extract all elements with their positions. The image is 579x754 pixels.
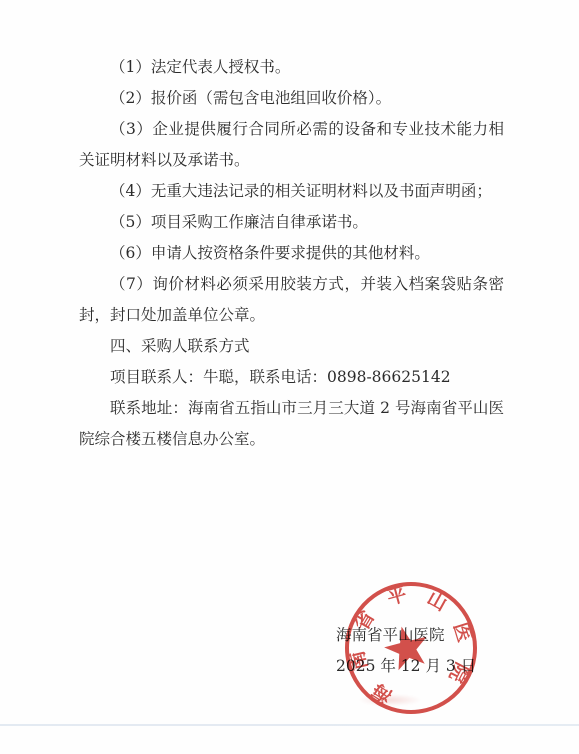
list-item-6: （6）申请人按资格条件要求提供的其他材料。 bbox=[79, 238, 504, 269]
contact-person-line: 项目联系人：牛聪，联系电话：0898-86625142 bbox=[79, 362, 504, 393]
list-item-1: （1）法定代表人授权书。 bbox=[79, 52, 504, 83]
list-item-4: （4）无重大违法记录的相关证明材料以及书面声明函； bbox=[79, 176, 504, 207]
list-item-5: （5）项目采购工作廉洁自律承诺书。 bbox=[79, 207, 504, 238]
scan-fold-artifact bbox=[0, 724, 579, 726]
seal-ink-smudge bbox=[358, 694, 422, 706]
signature-org-name: 海南省平山医院 bbox=[336, 620, 476, 651]
document-body: （1）法定代表人授权书。 （2）报价函（需包含电池组回收价格）。 （3）企业提供… bbox=[79, 52, 504, 455]
signature-block: 海南省平山医院 2025 年 12 月 3 日 bbox=[336, 620, 476, 682]
contact-address-line: 联系地址：海南省五指山市三月三大道 2 号海南省平山医院综合楼五楼信息办公室。 bbox=[79, 393, 504, 455]
list-item-3: （3）企业提供履行合同所必需的设备和专业技术能力相关证明材料以及承诺书。 bbox=[79, 114, 504, 176]
signature-date: 2025 年 12 月 3 日 bbox=[336, 651, 476, 682]
list-item-7: （7）询价材料必须采用胶装方式，并装入档案袋贴条密封，封口处加盖单位公章。 bbox=[79, 269, 504, 331]
scanned-document-page: （1）法定代表人授权书。 （2）报价函（需包含电池组回收价格）。 （3）企业提供… bbox=[0, 0, 579, 754]
list-item-2: （2）报价函（需包含电池组回收价格）。 bbox=[79, 83, 504, 114]
section-heading: 四、采购人联系方式 bbox=[79, 331, 504, 362]
